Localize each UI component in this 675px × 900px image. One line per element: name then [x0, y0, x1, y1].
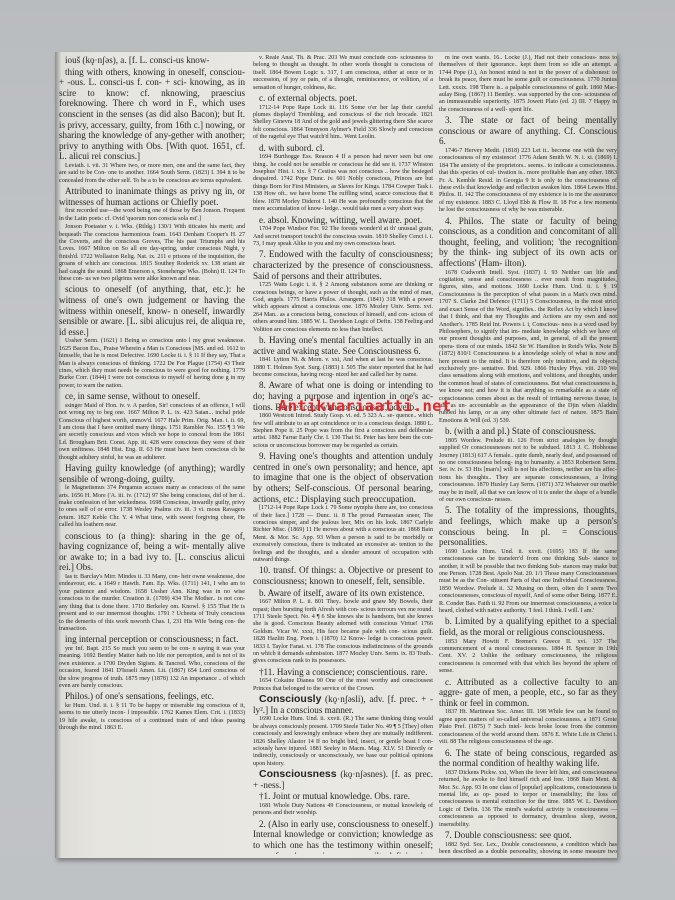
definition-text: iouš (kǫ·nʃəs), a. [f. L. consci-us know…: [59, 55, 245, 66]
quotation-text: ke Hum. Und. ii. i. § 11 To be happy or …: [59, 703, 245, 733]
entry-text: 10. transf. Of things: a. Objective or p…: [253, 565, 433, 586]
definition-text: 9. Having one's thoughts and attention u…: [253, 451, 433, 504]
watermark: Antikvariaatti.net: [278, 397, 451, 415]
entry-text: ce, in same sense, without to oneself.: [65, 391, 200, 401]
definition-text: Attributed to inanimate things as privy …: [59, 186, 245, 207]
entry-text: 2. (Also in early use, consciousness to …: [253, 819, 433, 854]
entry-text: le Magnetismus 374 Pergamus accuses many…: [59, 485, 245, 528]
entry-text: Leviath. i. vii. 31 Where two, or more m…: [59, 163, 245, 184]
quotation-text: 1667 Milton P. L. ii. 801 They.. howle a…: [253, 599, 433, 666]
definition-text: 3. The state or fact of being mentally c…: [439, 115, 617, 147]
quotation-text: 1805 Wordsw. Prelude iii. 126 From stric…: [439, 438, 617, 505]
quotation-text: 1694 Burthogge Ess. Reason 4 If a person…: [253, 154, 433, 213]
column-middle: v. Reale Anal. Th. & Prac. 203 We must c…: [253, 55, 433, 854]
entry-text: 1712-14 Pope Rape Lock iii. 116 Some o'e…: [253, 105, 433, 141]
entry-text: iouš (kǫ·nʃəs), a. [f. L. consci-us know…: [65, 55, 209, 65]
entry-text: 1690 Locke Hum. Und. ii. xxvii. (R.) The…: [253, 716, 433, 766]
quotation-text: 1746-7 Hervey Medit. (1818) 223 Let it..…: [439, 148, 617, 215]
quotation-text: 1690 Locke Hum. Und. ii. xxvii. (R.) The…: [253, 716, 433, 768]
quotation-text: v. Reale Anal. Th. & Prac. 203 We must c…: [253, 55, 433, 92]
definition-text: c. of external objects. poet.: [253, 93, 433, 104]
entry-text: thing with others, knowing in oneself, c…: [59, 67, 245, 162]
entry-text: 3. The state or fact of being mentally c…: [439, 115, 617, 146]
entry-text: 1837 Dickens Pickw. xxi, When the fever …: [439, 770, 617, 828]
entry-text: †1. Joint or mutual knowledge. Obs. rare…: [259, 791, 410, 801]
definition-text: b. Limited by a qualifying epithet to a …: [439, 616, 617, 637]
entry-text: 4. Philos. The state or faculty of being…: [439, 216, 617, 268]
quotation-text: Ussher Serm. (1621) 1 Being so conscious…: [59, 338, 245, 390]
column-left: iouš (kǫ·nʃəs), a. [f. L. consci-us know…: [59, 55, 245, 854]
entry-text: 7. Double consciousness: see quot.: [445, 830, 572, 840]
definition-text: c. Attributed as a collective faculty to…: [439, 677, 617, 709]
definition-text: 4. Philos. The state or faculty of being…: [439, 216, 617, 269]
quotation-text: ssinger Maid of Hon. iv. v. A pardon, Si…: [59, 403, 245, 462]
dictionary-page: iouš (kǫ·nʃəs), a. [f. L. consci-us know…: [55, 52, 617, 858]
entry-text: d. with subord. cl.: [259, 143, 325, 153]
entry-text: 1837 Ht. Martineau Soc. Amer. III. 198 W…: [439, 709, 617, 745]
definition-text: e. absol. Knowing, witting, well aware. …: [253, 215, 433, 226]
entry-text: m ine own wants. 16.. Locke (J.), Had no…: [439, 55, 617, 113]
quotation-text: 1654 Cokaine Dianea 90 One of the most w…: [253, 678, 433, 693]
entry-text: 1882 Syd. Soc. Lex., Double consciousnes…: [439, 842, 617, 854]
entry-text: 1725 Watts Logic i. ii. § 2 Among substa…: [253, 282, 433, 332]
definition-text: 5. The totality of the impressions, thou…: [439, 505, 617, 547]
quotation-text: 1678 Cudworth Intell. Syst. (1837) I. 93…: [439, 270, 617, 426]
entry-text: 1667 Milton P. L. ii. 801 They.. howle a…: [253, 599, 433, 664]
quotation-text: Jonson Poetaster v. i. Wks. (Rtldg.) 130…: [59, 224, 245, 283]
definition-text: scious to oneself (of anything, that, et…: [59, 284, 245, 337]
entry-text: c. Attributed as a collective faculty to…: [439, 677, 617, 708]
entry-text: 9. Having one's thoughts and attention u…: [253, 451, 433, 503]
quotation-text: 1712-14 Pope Rape Lock iii. 116 Some o'e…: [253, 105, 433, 142]
quotation-text: ynr Inf. Bapt. 215 So much you seem to b…: [59, 646, 245, 690]
headword-entry: Consciousness (kǫ·nʃəsnes). [f. as prec.…: [253, 769, 433, 790]
entry-text: ssinger Maid of Hon. iv. v. A pardon, Si…: [59, 403, 245, 461]
entry-text: b. Aware of itself, aware of its own exi…: [259, 588, 425, 598]
headword-entry: Consciously (kǫ·nʃəsli), adv. [f. prec. …: [253, 694, 433, 715]
entry-text: †11. Having a conscience; conscientious.…: [259, 667, 427, 677]
entry-text: 5. The totality of the impressions, thou…: [439, 505, 617, 547]
definition-text: ing internal perception or consciousness…: [59, 634, 245, 645]
entry-text: Ussher Serm. (1621) 1 Being so conscious…: [59, 338, 245, 388]
quotation-text: 1841 Lytton Nt. & Morn. v. xxi, And when…: [253, 357, 433, 379]
definition-text: 10. transf. Of things: a. Objective or p…: [253, 565, 433, 586]
definition-text: †1. Joint or mutual knowledge. Obs. rare…: [253, 791, 433, 802]
entry-text: 1841 Lytton Nt. & Morn. v. xxi, And when…: [253, 357, 433, 378]
definition-text: conscious to (a thing): sharing in the g…: [59, 531, 245, 573]
quotation-text: m ine own wants. 16.. Locke (J.), Had no…: [439, 55, 617, 114]
entry-text: Ias tr. Barclay's Mirr. Mindes ii. 33 Ma…: [59, 574, 245, 632]
entry-text: Attributed to inanimate things as privy …: [59, 186, 245, 207]
entry-text: 1690 Locke Hum. Und. ii. xxvii. (1695) 1…: [439, 549, 617, 614]
entry-text: conscious to (a thing): sharing in the g…: [59, 531, 245, 573]
entry-text: Having guilty knowledge (of anything); w…: [59, 463, 245, 484]
entry-text: 1860 Westcott Introd. Study Gosp. vi. ed…: [253, 413, 433, 449]
definition-text: thing with others, knowing in oneself, c…: [59, 67, 245, 162]
quotation-text: 1837 Dickens Pickw. xxi, When the fever …: [439, 770, 617, 829]
entry-text: ynr Inf. Bapt. 215 So much you seem to b…: [59, 646, 245, 689]
quotation-text: 1704 Pope Windsor For. 92 The forests wo…: [253, 226, 433, 248]
entry-text: 1694 Burthogge Ess. Reason 4 If a person…: [253, 154, 433, 212]
entry-text: [1712-14 Pope Rape Lock i. 79 Some nymph…: [253, 505, 433, 563]
definition-text: ce, in same sense, without to oneself.: [59, 391, 245, 402]
definition-text: b. Having one's mental faculties actuall…: [253, 335, 433, 356]
entry-text: ke Hum. Und. ii. i. § 11 To be happy or …: [59, 703, 245, 731]
entry-text: Jonson Poetaster v. i. Wks. (Rtldg.) 130…: [59, 224, 245, 282]
definition-text: 7. Double consciousness: see quot.: [439, 830, 617, 841]
quotation-text: le Magnetismus 374 Pergamus accuses many…: [59, 485, 245, 529]
entry-text: 1654 Cokaine Dianea 90 One of the most w…: [253, 678, 433, 691]
definition-text: †11. Having a conscience; conscientious.…: [253, 667, 433, 678]
entry-text: 7. Endowed with the faculty of conscious…: [253, 249, 433, 280]
quotation-text: 1853 Mary Howitt F. Bremer's Greece II. …: [439, 639, 617, 676]
definition-text: 6. The state of being conscious, regarde…: [439, 748, 617, 769]
quotation-text: Leviath. i. vii. 31 Where two, or more m…: [59, 163, 245, 185]
definition-text: d. with subord. cl.: [253, 143, 433, 154]
headword: Consciously: [259, 693, 321, 705]
definition-text: Philos.) of one's sensations, feelings, …: [59, 691, 245, 702]
entry-text: scious to oneself (of anything, that, et…: [59, 284, 245, 336]
quotation-text: 1725 Watts Logic i. ii. § 2 Among substa…: [253, 282, 433, 334]
headword: Consciousness: [259, 768, 337, 780]
definition-text: 7. Endowed with the faculty of conscious…: [253, 249, 433, 281]
definition-text: 2. (Also in early use, consciousness to …: [253, 819, 433, 854]
entry-text: e. absol. Knowing, witting, well aware. …: [259, 215, 422, 225]
entry-text: 1853 Mary Howitt F. Bremer's Greece II. …: [439, 639, 617, 675]
entry-text: 1805 Wordsw. Prelude iii. 126 From stric…: [439, 438, 617, 503]
definition-text: b. (with a and pl.) State of consciousne…: [439, 426, 617, 437]
quotation-text: 1837 Ht. Martineau Soc. Amer. III. 198 W…: [439, 709, 617, 746]
quotation-text: 1860 Westcott Introd. Study Gosp. vi. ed…: [253, 413, 433, 450]
quotation-text: 1882 Syd. Soc. Lex., Double consciousnes…: [439, 842, 617, 854]
entry-text: b. Having one's mental faculties actuall…: [253, 335, 433, 356]
definition-text: b. Aware of itself, aware of its own exi…: [253, 588, 433, 599]
entry-text: b. Limited by a qualifying epithet to a …: [439, 616, 617, 637]
quotation-text: 1690 Locke Hum. Und. ii. xxvii. (1695) 1…: [439, 549, 617, 616]
entry-text: Philos.) of one's sensations, feelings, …: [65, 691, 214, 701]
quotation-text: [1712-14 Pope Rape Lock i. 79 Some nymph…: [253, 505, 433, 564]
entry-text: 1681 Whole Duty Nations 49 Consciousness…: [253, 803, 433, 816]
quotation-text: 1681 Whole Duty Nations 49 Consciousness…: [253, 803, 433, 818]
entry-text: 1678 Cudworth Intell. Syst. (1837) I. 93…: [439, 270, 617, 424]
entry-text: b. (with a and pl.) State of consciousne…: [445, 426, 596, 436]
definition-text: Having guilty knowledge (of anything); w…: [59, 463, 245, 484]
entry-text: ing internal perception or consciousness…: [65, 634, 239, 644]
quotation-text: first recorded use—the word being one of…: [59, 208, 245, 223]
entry-text: 6. The state of being conscious, regarde…: [439, 748, 617, 769]
column-right: m ine own wants. 16.. Locke (J.), Had no…: [439, 55, 617, 854]
entry-text: first recorded use—the word being one of…: [59, 208, 245, 221]
entry-text: c. of external objects. poet.: [259, 93, 357, 103]
entry-text: 1704 Pope Windsor For. 92 The forests wo…: [253, 226, 433, 247]
entry-text: 1746-7 Hervey Medit. (1818) 223 Let it..…: [439, 148, 617, 213]
entry-text: v. Reale Anal. Th. & Prac. 203 We must c…: [253, 55, 433, 91]
quotation-text: Ias tr. Barclay's Mirr. Mindes ii. 33 Ma…: [59, 574, 245, 633]
